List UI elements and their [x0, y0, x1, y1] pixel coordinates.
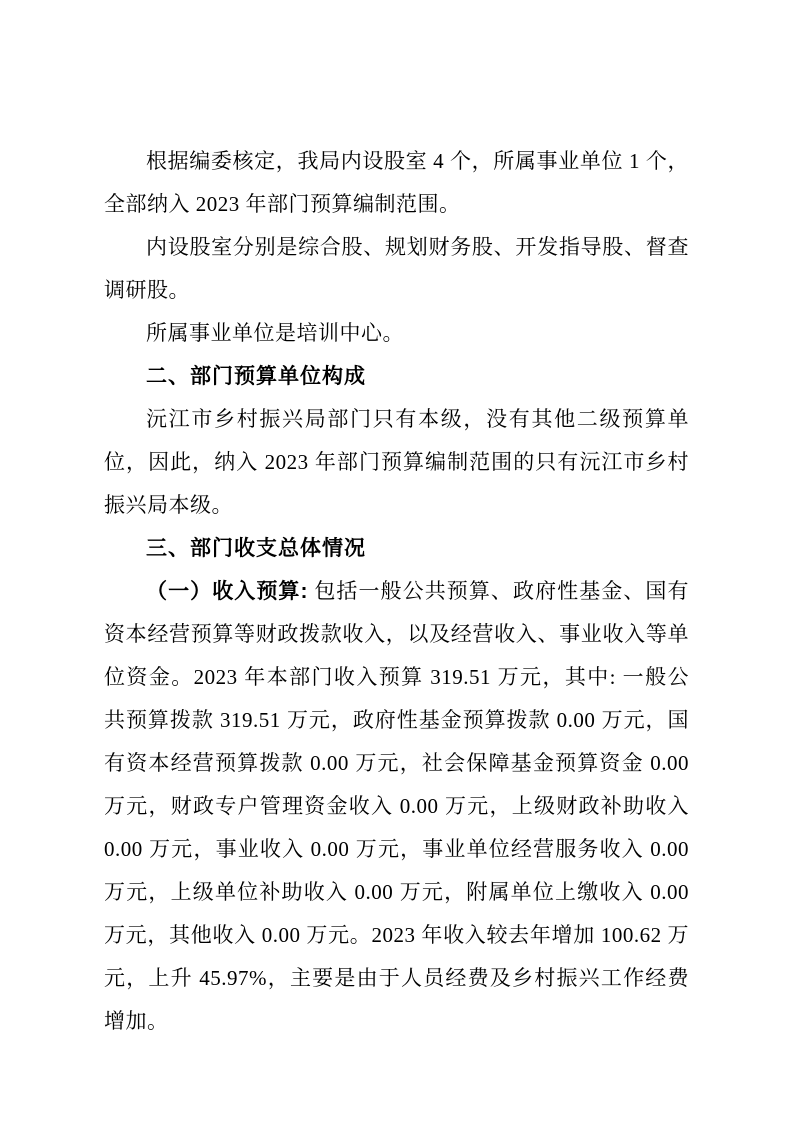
section-heading: 三、部门收支总体情况	[104, 527, 689, 570]
paragraph-lead: （一）收入预算:	[146, 580, 308, 603]
section-heading: 二、部门预算单位构成	[104, 355, 689, 398]
paragraph: 沅江市乡村振兴局部门只有本级，没有其他二级预算单位，因此，纳入 2023 年部门…	[104, 398, 689, 527]
paragraph: 内设股室分别是综合股、规划财务股、开发指导股、督查调研股。	[104, 226, 689, 312]
paragraph-text: 包括一般公共预算、政府性基金、国有资本经营预算等财政拨款收入，以及经营收入、事业…	[104, 579, 689, 1033]
paragraph: 根据编委核定，我局内设股室 4 个，所属事业单位 1 个，全部纳入 2023 年…	[104, 140, 689, 226]
paragraph: （一）收入预算: 包括一般公共预算、政府性基金、国有资本经营预算等财政拨款收入，…	[104, 570, 689, 1043]
document-page: 根据编委核定，我局内设股室 4 个，所属事业单位 1 个，全部纳入 2023 年…	[0, 0, 793, 1122]
paragraph: 所属事业单位是培训中心。	[104, 312, 689, 355]
document-content: 根据编委核定，我局内设股室 4 个，所属事业单位 1 个，全部纳入 2023 年…	[104, 140, 689, 1043]
